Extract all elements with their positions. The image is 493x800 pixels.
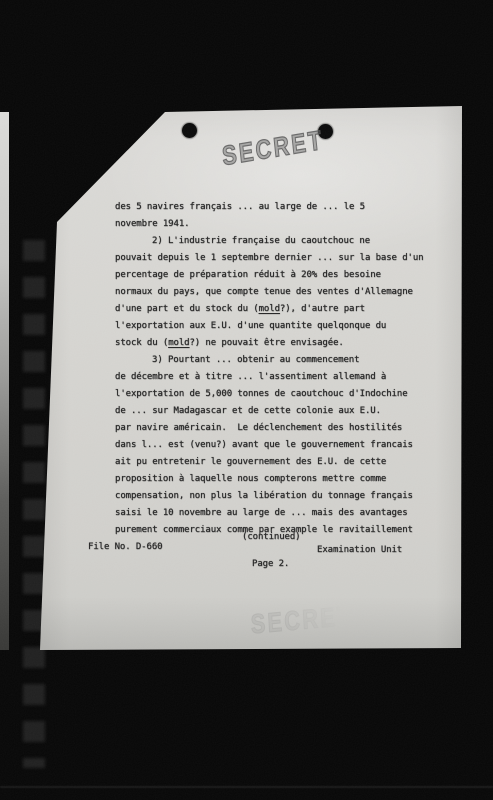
page-number: Page 2. [252,559,289,569]
text-line: dans l... est (venu?) avant que le gouve… [115,437,435,454]
text-line: saisi le 10 novembre au large de ... mai… [115,505,435,522]
text-line: percentage de préparation réduit à 20% d… [115,267,435,284]
microfilm-frame: SECRET des 5 navires français ... au lar… [0,0,493,800]
text-line: des 5 navires français ... au large de .… [115,199,435,216]
text-line: ait pu entretenir le gouvernement des E.… [115,454,435,471]
text-line: par navire américain. Le déclenchement d… [115,420,435,437]
text-line: de décembre et à titre ... l'assentiment… [115,369,435,386]
text-line: novembre 1941. [115,216,435,233]
text-line: 3) Pourtant ... obtenir au commencement [115,352,435,369]
text-line: proposition à laquelle nous compterons m… [115,471,435,488]
examination-unit-label: Examination Unit [317,545,402,555]
adjacent-page-sliver [0,112,9,650]
text-line: stock du (mold?) ne pouvait être envisag… [115,335,435,352]
text-line: compensation, non plus la libération du … [115,488,435,505]
secret-stamp-bottom: SECRET [250,601,354,641]
film-sprocket-marks [23,240,45,768]
hole-punch-icon [182,123,197,138]
document-body: des 5 navires français ... au large de .… [115,199,435,539]
text-line: l'exportation aux E.U. d'une quantite qu… [115,318,435,335]
file-number: File No. D-660 [88,542,162,552]
text-line: pouvait depuis le 1 septembre dernier ..… [115,250,435,267]
text-line: 2) L'industrie française du caoutchouc n… [115,233,435,250]
text-line: de ... sur Madagascar et de cette coloni… [115,403,435,420]
text-line: l'exportation de 5,000 tonnes de caoutch… [115,386,435,403]
secret-stamp-top: SECRET [218,124,328,172]
film-frame-edge [0,786,493,788]
text-line: normaux du pays, que compte tenue des ve… [115,284,435,301]
continued-note: (continued) [242,532,301,542]
text-line: d'une part et du stock du (mold?), d'aut… [115,301,435,318]
document-page: SECRET des 5 navires français ... au lar… [40,105,465,651]
